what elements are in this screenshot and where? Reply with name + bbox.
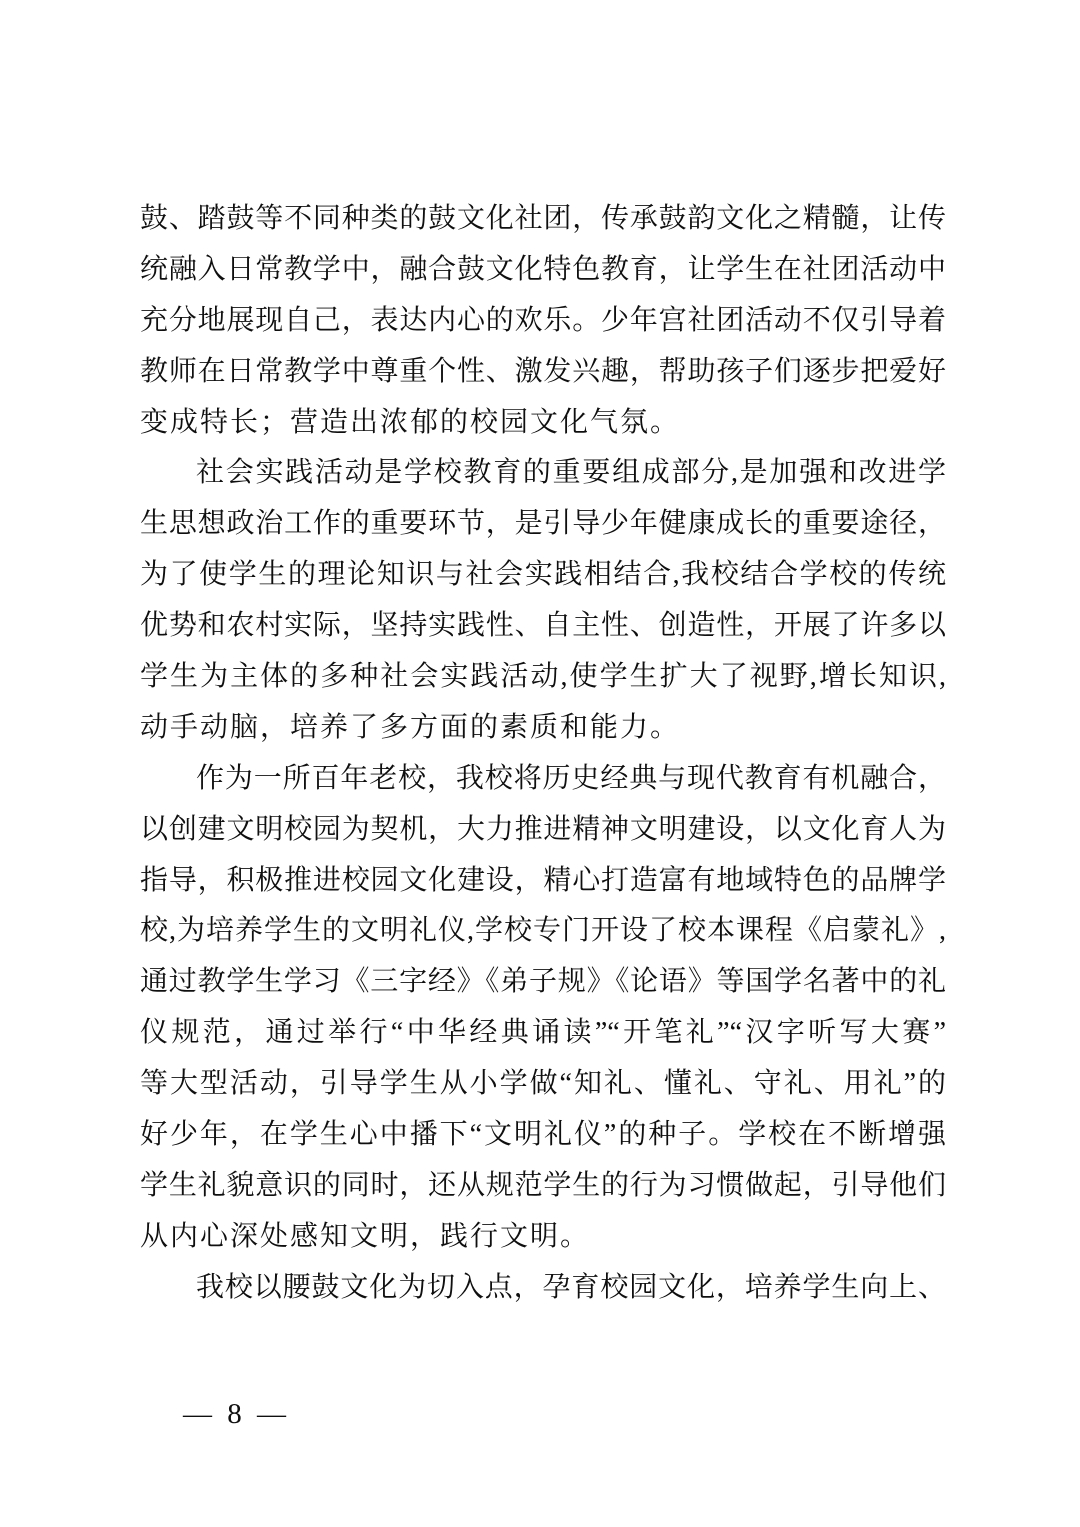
text-line: 等大型活动，引导学生从小学做“知礼、懂礼、守礼、用礼”的	[140, 1059, 946, 1110]
text-line: 优势和农村实际，坚持实践性、自主性、创造性，开展了许多以	[140, 601, 946, 652]
text-line: 作为一所百年老校，我校将历史经典与现代教育有机融合，	[140, 754, 946, 805]
text-line: 变成特长；营造出浓郁的校园文化气氛。	[140, 398, 946, 449]
text-line: 社会实践活动是学校教育的重要组成部分,是加强和改进学	[140, 448, 946, 499]
text-line: 统融入日常教学中，融合鼓文化特色教育，让学生在社团活动中	[140, 245, 946, 296]
text-line: 动手动脑，培养了多方面的素质和能力。	[140, 703, 946, 754]
paragraph-4: 我校以腰鼓文化为切入点，孕育校园文化，培养学生向上、	[140, 1263, 946, 1314]
text-line: 教师在日常教学中尊重个性、激发兴趣，帮助孩子们逐步把爱好	[140, 347, 946, 398]
text-block: 鼓、踏鼓等不同种类的鼓文化社团，传承鼓韵文化之精髓，让传 统融入日常教学中，融合…	[140, 194, 946, 1314]
text-line: 校,为培养学生的文明礼仪,学校专门开设了校本课程《启蒙礼》,	[140, 906, 946, 957]
paragraph-3: 作为一所百年老校，我校将历史经典与现代教育有机融合， 以创建文明校园为契机，大力…	[140, 754, 946, 1263]
text-line: 通过教学生学习《三字经》《弟子规》《论语》等国学名著中的礼	[140, 957, 946, 1008]
paragraph-1: 鼓、踏鼓等不同种类的鼓文化社团，传承鼓韵文化之精髓，让传 统融入日常教学中，融合…	[140, 194, 946, 448]
text-line: 从内心深处感知文明，践行文明。	[140, 1212, 946, 1263]
page-number: — 8 —	[183, 1398, 290, 1431]
text-line: 好少年，在学生心中播下“文明礼仪”的种子。学校在不断增强	[140, 1110, 946, 1161]
text-line: 仪规范，通过举行“中华经典诵读”“开笔礼”“汉字听写大赛”	[140, 1008, 946, 1059]
text-line: 学生礼貌意识的同时，还从规范学生的行为习惯做起，引导他们	[140, 1161, 946, 1212]
text-line: 学生为主体的多种社会实践活动,使学生扩大了视野,增长知识,	[140, 652, 946, 703]
paragraph-2: 社会实践活动是学校教育的重要组成部分,是加强和改进学 生思想政治工作的重要环节，…	[140, 448, 946, 753]
text-line: 为了使学生的理论知识与社会实践相结合,我校结合学校的传统	[140, 550, 946, 601]
text-line: 以创建文明校园为契机，大力推进精神文明建设，以文化育人为	[140, 805, 946, 856]
text-line: 充分地展现自己，表达内心的欢乐。少年宫社团活动不仅引导着	[140, 296, 946, 347]
text-line: 生思想政治工作的重要环节，是引导少年健康成长的重要途径，	[140, 499, 946, 550]
text-line: 指导，积极推进校园文化建设，精心打造富有地域特色的品牌学	[140, 856, 946, 907]
text-line: 鼓、踏鼓等不同种类的鼓文化社团，传承鼓韵文化之精髓，让传	[140, 194, 946, 245]
text-line: 我校以腰鼓文化为切入点，孕育校园文化，培养学生向上、	[140, 1263, 946, 1314]
document-page: 鼓、踏鼓等不同种类的鼓文化社团，传承鼓韵文化之精髓，让传 统融入日常教学中，融合…	[0, 0, 1080, 1527]
